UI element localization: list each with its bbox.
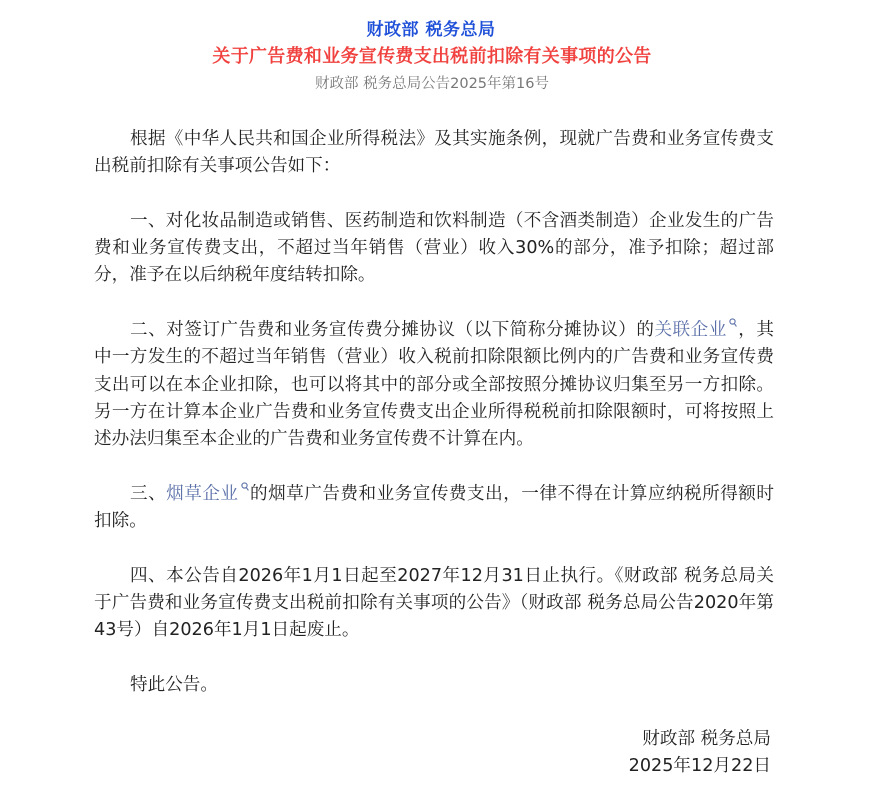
document-number: 财政部 税务总局公告2025年第16号 (0, 74, 864, 94)
issuer-title: 财政部 税务总局 (0, 19, 862, 41)
tobacco-enterprise-link-label: 烟草企业 (166, 484, 238, 504)
article-3-text-before-link: 三、 (130, 484, 166, 504)
signature-date: 2025年12月22日 (629, 753, 771, 780)
article-2-text-before-link: 二、对签订广告费和业务宣传费分摊协议（以下简称分摊协议）的 (130, 320, 654, 340)
search-icon[interactable] (241, 482, 249, 491)
tobacco-enterprise-link[interactable]: 烟草企业 (166, 484, 249, 504)
related-enterprise-link-label: 关联企业 (654, 320, 726, 340)
signature-issuer: 财政部 税务总局 (629, 726, 771, 753)
article-3-paragraph: 三、烟草企业的烟草广告费和业务宣传费支出，一律不得在计算应纳税所得额时扣除。 (94, 481, 774, 536)
document-body: 根据《中华人民共和国企业所得税法》及其实施条例，现就广告费和业务宣传费支出税前扣… (94, 126, 774, 727)
intro-paragraph: 根据《中华人民共和国企业所得税法》及其实施条例，现就广告费和业务宣传费支出税前扣… (94, 126, 774, 181)
article-2-paragraph: 二、对签订广告费和业务宣传费分摊协议（以下简称分摊协议）的关联企业，其中一方发生… (94, 317, 774, 453)
article-1-paragraph: 一、对化妆品制造或销售、医药制造和饮料制造（不含酒类制造）企业发生的广告费和业务… (94, 208, 774, 290)
search-icon[interactable] (729, 318, 737, 327)
page-title: 关于广告费和业务宣传费支出税前扣除有关事项的公告 (0, 45, 864, 69)
signature-block: 财政部 税务总局 2025年12月22日 (629, 726, 771, 781)
article-4-paragraph: 四、本公告自2026年1月1日起至2027年12月31日止执行。《财政部 税务总… (94, 563, 774, 645)
closing-paragraph: 特此公告。 (94, 672, 774, 699)
related-enterprise-link[interactable]: 关联企业 (654, 320, 737, 340)
